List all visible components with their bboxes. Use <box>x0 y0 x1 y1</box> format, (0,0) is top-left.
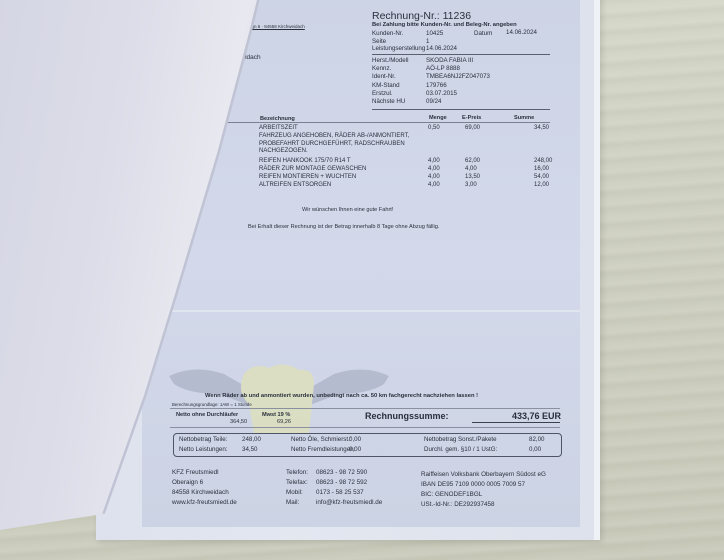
customer-no-label: Kunden-Nr. <box>372 30 403 38</box>
col-menge: Menge <box>429 115 447 122</box>
row-description: REIFEN HANKOOK 175/70 R14 T <box>259 158 351 166</box>
contact-value: 08623 - 98 72 592 <box>316 478 382 488</box>
vehicle-label: KM-Stand <box>372 82 400 90</box>
breakdown-value: 0,00 <box>529 446 541 453</box>
row-description: PROBEFAHRT DURCHGEFÜHRT, RADSCHRAUBEN <box>259 141 405 149</box>
invoice-sum-label: Rechnungssumme: <box>365 411 449 422</box>
row-quantity: 4,00 <box>428 166 440 174</box>
table-header-line <box>182 122 550 123</box>
row-description: NACHGEZOGEN. <box>259 148 308 156</box>
row-total: 54,00 <box>534 174 549 182</box>
company-line: 84558 Kirchweidach <box>172 488 237 498</box>
bank-details: Raiffeisen Volksbank Oberbayern Südost e… <box>421 470 546 510</box>
vehicle-value: 09/24 <box>426 98 441 106</box>
customer-no: 10425 <box>426 30 443 38</box>
col-epreis: E-Preis <box>462 115 481 122</box>
service-date: 14.06.2024 <box>426 45 457 53</box>
row-unit-price: 13,50 <box>465 174 480 182</box>
row-quantity: 4,00 <box>428 182 440 190</box>
breakdown-value: 82,00 <box>529 436 544 443</box>
bank-line: Raiffeisen Volksbank Oberbayern Südost e… <box>421 470 546 480</box>
col-summe: Summe <box>514 115 534 122</box>
company-address: KFZ FreutsmiedlOberaign 684558 Kirchweid… <box>172 468 237 508</box>
breakdown-label: Durchl. gem. §10 / 1 UstG: <box>424 446 497 453</box>
row-quantity: 4,00 <box>428 158 440 166</box>
row-unit-price: 62,00 <box>465 158 480 166</box>
vehicle-divider <box>372 109 550 110</box>
greeting: Wir wünschen Ihnen eine gute Fahrt! <box>302 207 393 214</box>
date-label: Datum <box>474 30 492 38</box>
vehicle-label: Nächste HU <box>372 98 405 106</box>
vehicle-value: SKODA FABIA III <box>426 57 473 65</box>
vehicle-value: TMBEA6NJ2FZ047073 <box>426 73 490 81</box>
retighten-warning: Wenn Räder ab und anmontiert wurden, unb… <box>205 393 478 400</box>
bank-line: USt.-Id-Nr.: DE292937458 <box>421 500 546 510</box>
vehicle-label: Herst./Modell <box>372 57 408 65</box>
company-line: Oberaign 6 <box>172 478 237 488</box>
breakdown-label: Nettobetrag Teile: <box>179 436 227 443</box>
contact-label: Telefax: <box>286 478 308 488</box>
calc-basis: Berechnungsgrundlage: 1AW = 1 Stunde <box>172 402 252 408</box>
row-unit-price: 3,00 <box>465 182 477 190</box>
breakdown-value: 34,50 <box>242 446 257 453</box>
payment-terms: Bei Erhalt dieser Rechnung ist der Betra… <box>248 224 439 231</box>
row-description: RÄDER ZUR MONTAGE GEWASCHEN <box>259 166 366 174</box>
contact-labels: Telefon:Telefax:Mobil:Mail: <box>286 468 308 508</box>
company-line: KFZ Freutsmiedl <box>172 468 237 478</box>
invoice-sum-value: 433,76 EUR <box>512 411 561 422</box>
vehicle-label: Kennz. <box>372 65 391 73</box>
vehicle-value: 03.07.2015 <box>426 90 457 98</box>
row-quantity: 4,00 <box>428 174 440 182</box>
company-line: www.kfz-freutsmiedl.de <box>172 498 237 508</box>
breakdown-label: Nettobetrag Sonst./Pakete <box>424 436 497 443</box>
vehicle-label: Ident-Nr. <box>372 73 396 81</box>
totals-bottom-line <box>170 427 560 428</box>
invoice-date: 14.06.2024 <box>506 29 537 37</box>
row-description: REIFEN MONTIEREN + WUCHTEN <box>259 174 356 182</box>
contact-values: 08623 - 98 72 59008623 - 98 72 5920173 -… <box>316 468 382 508</box>
vehicle-value: AÖ-LP 8888 <box>426 65 460 73</box>
row-unit-price: 4,00 <box>465 166 477 174</box>
breakdown-label: Netto Leistungen: <box>179 446 228 453</box>
payment-note: Bei Zahlung bitte Kunden-Nr. und Beleg-N… <box>372 22 517 29</box>
vehicle-value: 179766 <box>426 82 447 90</box>
contact-label: Mobil: <box>286 488 308 498</box>
net-label: Netto ohne Durchläufer <box>176 412 238 419</box>
sum-underline <box>472 422 560 423</box>
row-total: 16,00 <box>534 166 549 174</box>
row-quantity: 0,50 <box>428 125 440 133</box>
breakdown-label: Netto Öle, Schmierst.: <box>291 436 352 443</box>
header-divider <box>372 54 550 55</box>
vat-label: Mwst 19 % <box>262 412 290 419</box>
contact-label: Telefon: <box>286 468 308 478</box>
vat-value: 69,26 <box>277 419 291 426</box>
bank-line: BIC: GENODEF1BGL <box>421 490 546 500</box>
breakdown-value: 0,00 <box>349 436 361 443</box>
row-description: FAHRZEUG ANGEHOBEN, RÄDER AB-/ANMONTIERT… <box>259 133 409 141</box>
vehicle-label: Erstzul. <box>372 90 393 98</box>
breakdown-label: Netto Fremdleistungen: <box>291 446 355 453</box>
breakdown-value: 0,00 <box>349 446 361 453</box>
contact-value: 08623 - 98 72 590 <box>316 468 382 478</box>
row-total: 248,00 <box>534 158 552 166</box>
row-total: 34,50 <box>534 125 549 133</box>
breakdown-value: 248,00 <box>242 436 261 443</box>
row-description: ARBEITSZEIT <box>259 125 298 133</box>
net-breakdown-box: Nettobetrag Teile:248,00Netto Leistungen… <box>173 433 562 457</box>
net-value: 364,50 <box>230 419 247 426</box>
row-total: 12,00 <box>534 182 549 190</box>
contact-label: Mail: <box>286 498 308 508</box>
service-date-label: Leistungserstellung <box>372 45 425 53</box>
row-unit-price: 69,00 <box>465 125 480 133</box>
contact-value: info@kfz-freutsmiedl.de <box>316 498 382 508</box>
contact-value: 0173 - 58 25 537 <box>316 488 382 498</box>
bank-line: IBAN DE95 7109 0000 0005 7009 57 <box>421 480 546 490</box>
totals-divider <box>170 408 560 409</box>
row-description: ALTREIFEN ENTSORGEN <box>259 182 331 190</box>
page-fold-line <box>142 310 580 312</box>
